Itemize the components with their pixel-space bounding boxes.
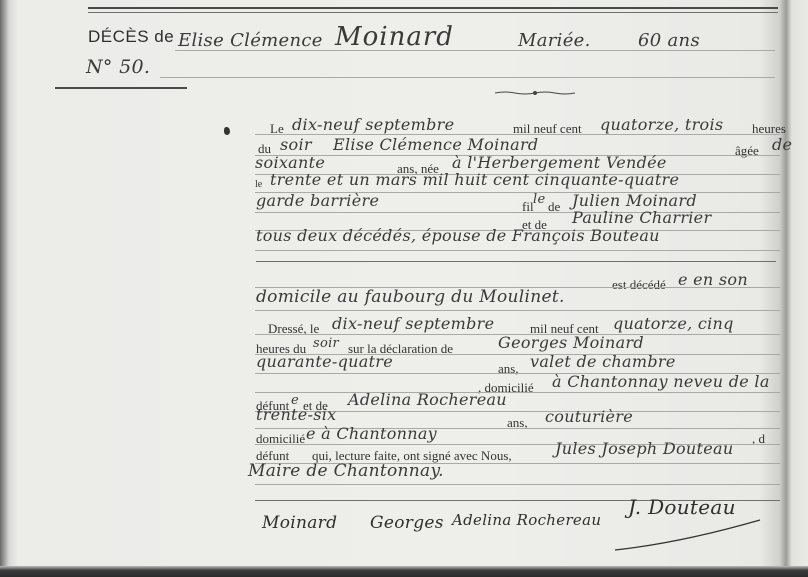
ornament-icon bbox=[495, 90, 575, 96]
line2-name: Elise Clémence Moinard bbox=[333, 137, 538, 153]
ink-blot bbox=[224, 127, 230, 135]
line9-rule bbox=[255, 310, 780, 311]
line1-year: quatorze, trois bbox=[600, 117, 723, 133]
line12-age: quarante-quatre bbox=[256, 354, 393, 370]
line5-le: le bbox=[533, 193, 545, 206]
signature-flourish-icon bbox=[610, 515, 770, 555]
line11-declarant: Georges Moinard bbox=[498, 335, 644, 351]
line13-relation: à Chantonnay neveu de la bbox=[552, 374, 770, 390]
top-rule bbox=[88, 7, 778, 9]
line3-age: soixante bbox=[255, 155, 325, 171]
line3-birthplace: à l'Herbergement Vendée bbox=[452, 155, 667, 171]
number-underline bbox=[55, 87, 187, 89]
header-title: DÉCÈS de bbox=[88, 28, 174, 45]
line15-occupation: couturière bbox=[545, 409, 633, 425]
line10-year: quatorze, cinq bbox=[613, 316, 734, 332]
header-status: Mariée. bbox=[518, 32, 591, 50]
line10-date: dix-neuf septembre bbox=[332, 316, 494, 332]
separator-rule bbox=[256, 261, 776, 262]
line16-place: e à Chantonnay bbox=[306, 426, 437, 442]
line4-birthdate: trente et un mars mil huit cent cinquant… bbox=[270, 172, 679, 188]
header-surname: Moinard bbox=[335, 24, 454, 50]
signature-douteau: J. Douteau bbox=[628, 497, 736, 517]
line2-de: de bbox=[772, 137, 792, 153]
line2-soir: soir bbox=[280, 137, 312, 153]
header-age: 60 ans bbox=[638, 32, 700, 50]
line13-rule bbox=[255, 392, 780, 393]
line15-age: trente-six bbox=[256, 407, 337, 423]
line17-mayor: Jules Joseph Douteau bbox=[555, 441, 733, 457]
book-binding-edge bbox=[0, 566, 808, 577]
line5-father: Julien Moinard bbox=[572, 193, 697, 209]
signature-moinard: Moinard bbox=[262, 515, 337, 532]
line5-occupation: garde barrière bbox=[256, 193, 379, 209]
line9-domicile: domicile au faubourg du Moulinet. bbox=[256, 289, 565, 306]
line4-le: le bbox=[255, 180, 262, 190]
header-line bbox=[175, 50, 775, 51]
line18-title: Maire de Chantonnay. bbox=[248, 463, 444, 480]
line7-rule bbox=[255, 250, 780, 251]
line12-occupation: valet de chambre bbox=[530, 354, 676, 370]
line6-mother: Pauline Charrier bbox=[572, 210, 711, 226]
line18-rule bbox=[255, 484, 780, 485]
register-page: DÉCÈS de Elise Clémence Moinard Mariée. … bbox=[0, 0, 808, 577]
line14-witness: Adelina Rochereau bbox=[348, 392, 507, 408]
top-rule-2 bbox=[88, 12, 778, 13]
signature-georges: Georges bbox=[370, 515, 444, 532]
number-line bbox=[160, 77, 775, 78]
line11-soir: soir bbox=[313, 337, 339, 350]
line1-date: dix-neuf septembre bbox=[292, 117, 454, 133]
record-number: N° 50. bbox=[86, 58, 150, 77]
header-given-names: Elise Clémence bbox=[178, 32, 323, 50]
line7-spouse: tous deux décédés, épouse de François Bo… bbox=[256, 228, 660, 244]
line8-place: e en son bbox=[678, 272, 748, 288]
signature-rochereau: Adelina Rochereau bbox=[452, 513, 601, 528]
line8-decede: est décédé bbox=[612, 278, 666, 291]
